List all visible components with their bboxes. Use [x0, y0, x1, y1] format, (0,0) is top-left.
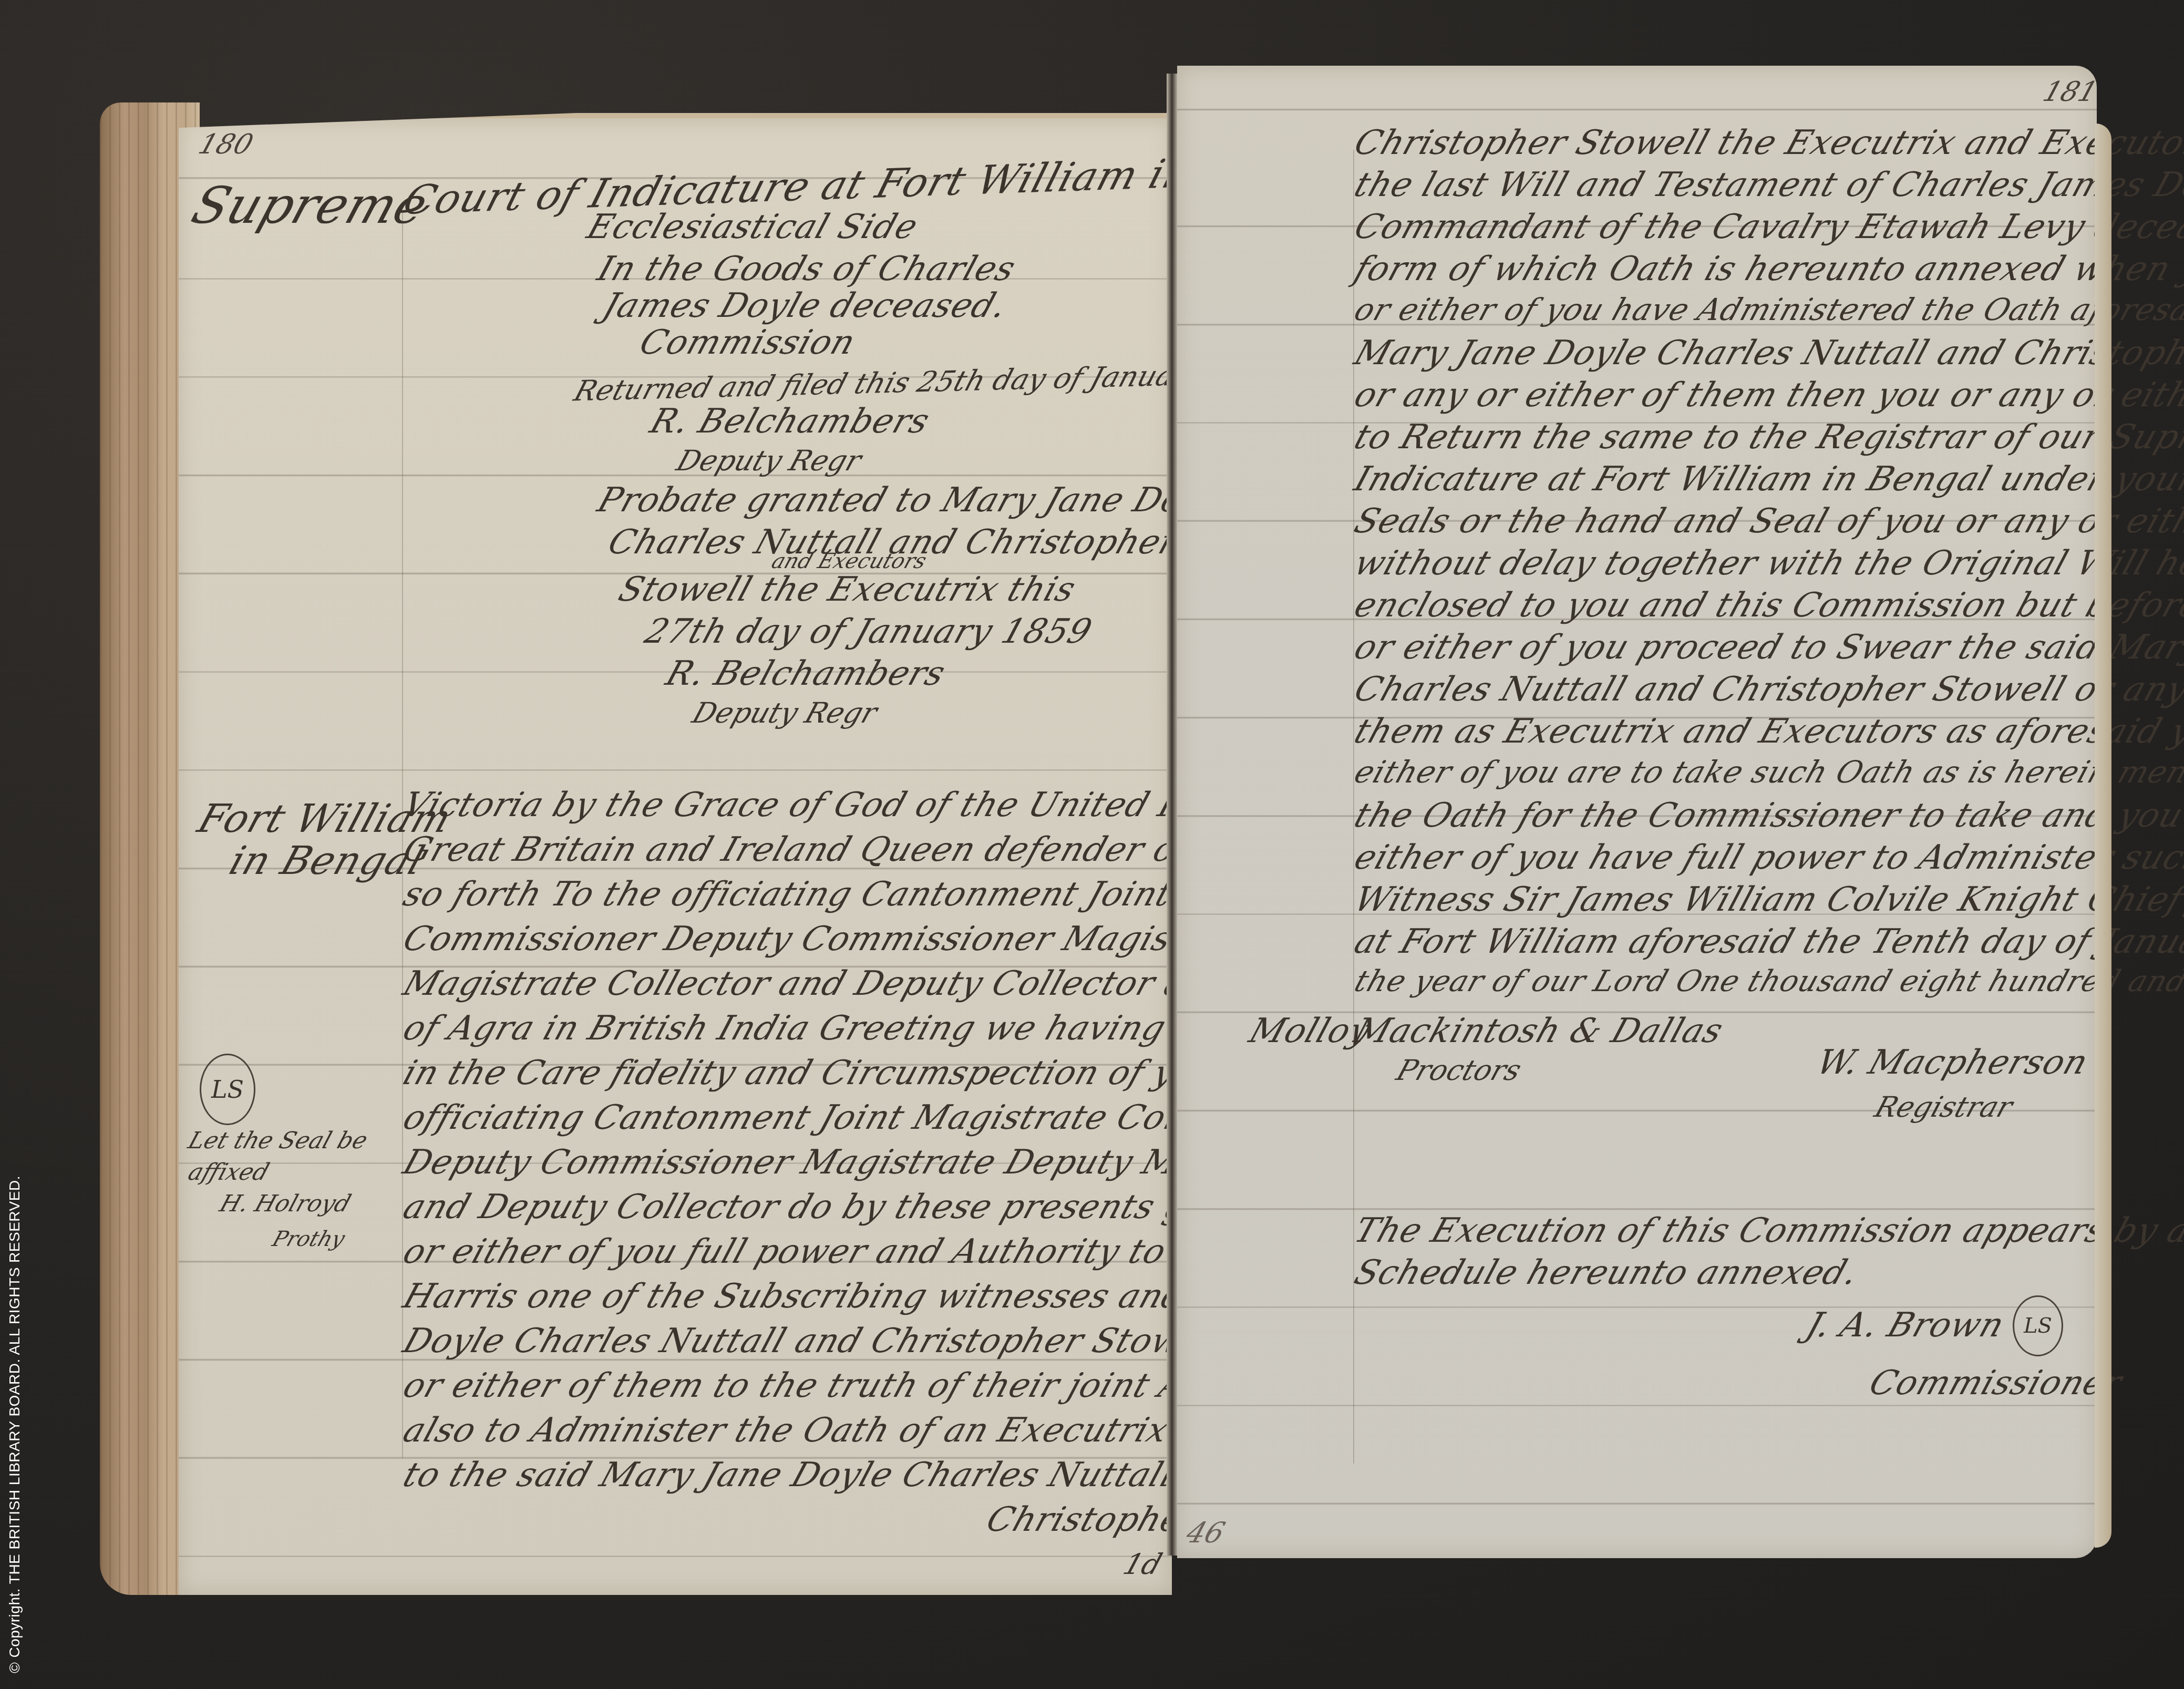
commissioner-title: Commissioner — [1864, 1364, 2127, 1403]
seal-label: LS — [211, 1075, 244, 1104]
caption-line: Ecclesiastical Side — [582, 208, 923, 246]
proctors-label: Proctors — [1393, 1054, 1526, 1087]
seal-ls-mark: LS — [200, 1054, 255, 1125]
body-line: at Fort William aforesaid the Tenth day … — [1349, 922, 2184, 961]
body-line: form of which Oath is hereunto annexed w… — [1349, 250, 2184, 289]
caption-line: Deputy Regr — [688, 696, 881, 729]
margin-note-line: affixed — [185, 1159, 273, 1186]
execution-line: The Execution of this Commission appears… — [1349, 1211, 2184, 1250]
page-number: 180 — [194, 129, 257, 160]
body-line: or either of you have Administered the O… — [1350, 292, 2184, 327]
body-line: them as Executrix and Executors as afore… — [1349, 712, 2184, 751]
body-line: the year of our Lord One thousand eight … — [1350, 964, 2184, 998]
body-line: either of you are to take such Oath as i… — [1350, 754, 2184, 790]
caption-line: Deputy Regr — [673, 444, 866, 477]
body-line: Charles Nuttall and Christopher Stowell … — [1349, 670, 2184, 709]
body-line: enclosed to you and this Commission but … — [1349, 586, 2184, 625]
margin-rule — [1353, 150, 1354, 1464]
seal-label: LS — [2024, 1314, 2052, 1338]
caption-line: James Doyle deceased. — [598, 286, 1012, 325]
body-line: Witness Sir James William Colvile Knight… — [1349, 880, 2184, 919]
right-page: 181 Christopher Stowell the Executrix an… — [1177, 66, 2097, 1558]
margin-note-line: Let the Seal be — [185, 1127, 371, 1154]
caption-line: In the Goods of Charles — [593, 250, 1021, 289]
body-line: Seals or the hand and Seal of you or any… — [1349, 502, 2184, 541]
execution-line: Schedule hereunto annexed. — [1349, 1253, 1863, 1292]
caption-line: Commission — [635, 323, 860, 362]
caption-line: 27th day of January 1859 — [640, 612, 1097, 651]
caption-line: R. Belchambers — [645, 402, 934, 441]
body-line: Commandant of the Cavalry Etawah Levy de… — [1349, 208, 2184, 246]
book-gutter — [1167, 74, 1178, 1556]
commissioner-seal-mark: LS — [2013, 1295, 2063, 1356]
body-line: either of you have full power to Adminis… — [1349, 838, 2184, 877]
body-line: to the said Mary Jane Doyle Charles Nutt… — [398, 1456, 1255, 1495]
caption-line: R. Belchambers — [661, 654, 950, 693]
registrar-name: W. Macpherson — [1812, 1043, 2093, 1082]
registrar-title: Registrar — [1871, 1090, 2017, 1124]
body-line: Mary Jane Doyle Charles Nuttall and Chri… — [1349, 334, 2184, 373]
caption-line: Probate granted to Mary Jane Doyle — [593, 481, 1240, 520]
left-page: 180 Supreme Court of Indicature at Fort … — [179, 113, 1172, 1595]
body-line: the last Will and Testament of Charles J… — [1349, 166, 2184, 204]
margin-place-line: in Bengal — [224, 838, 430, 883]
body-line: or any or either of them then you or any… — [1349, 376, 2184, 415]
open-register-book: 180 Supreme Court of Indicature at Fort … — [0, 0, 2184, 1689]
body-line: Christopher Stowell the Executrix and Ex… — [1349, 123, 2184, 162]
body-line: to Return the same to the Registrar of o… — [1349, 418, 2184, 457]
body-line: without delay together with the Original… — [1349, 544, 2184, 583]
body-line: or either of you proceed to Swear the sa… — [1349, 628, 2184, 667]
commissioner-name: J. A. Brown — [1801, 1306, 2009, 1345]
margin-note-title: Prothy — [270, 1227, 348, 1251]
heading-margin: Supreme — [185, 176, 435, 235]
body-line: the Oath for the Commissioner to take an… — [1349, 796, 2184, 835]
caption-line: Stowell the Executrix this — [614, 570, 1080, 609]
page-number: 181 — [2039, 76, 2101, 108]
margin-note-signature: H. Holroyd — [217, 1190, 354, 1217]
proctors-firm: Mackintosh & Dallas — [1349, 1012, 1728, 1051]
body-line: Indicature at Fort William in Bengal und… — [1349, 460, 2184, 499]
